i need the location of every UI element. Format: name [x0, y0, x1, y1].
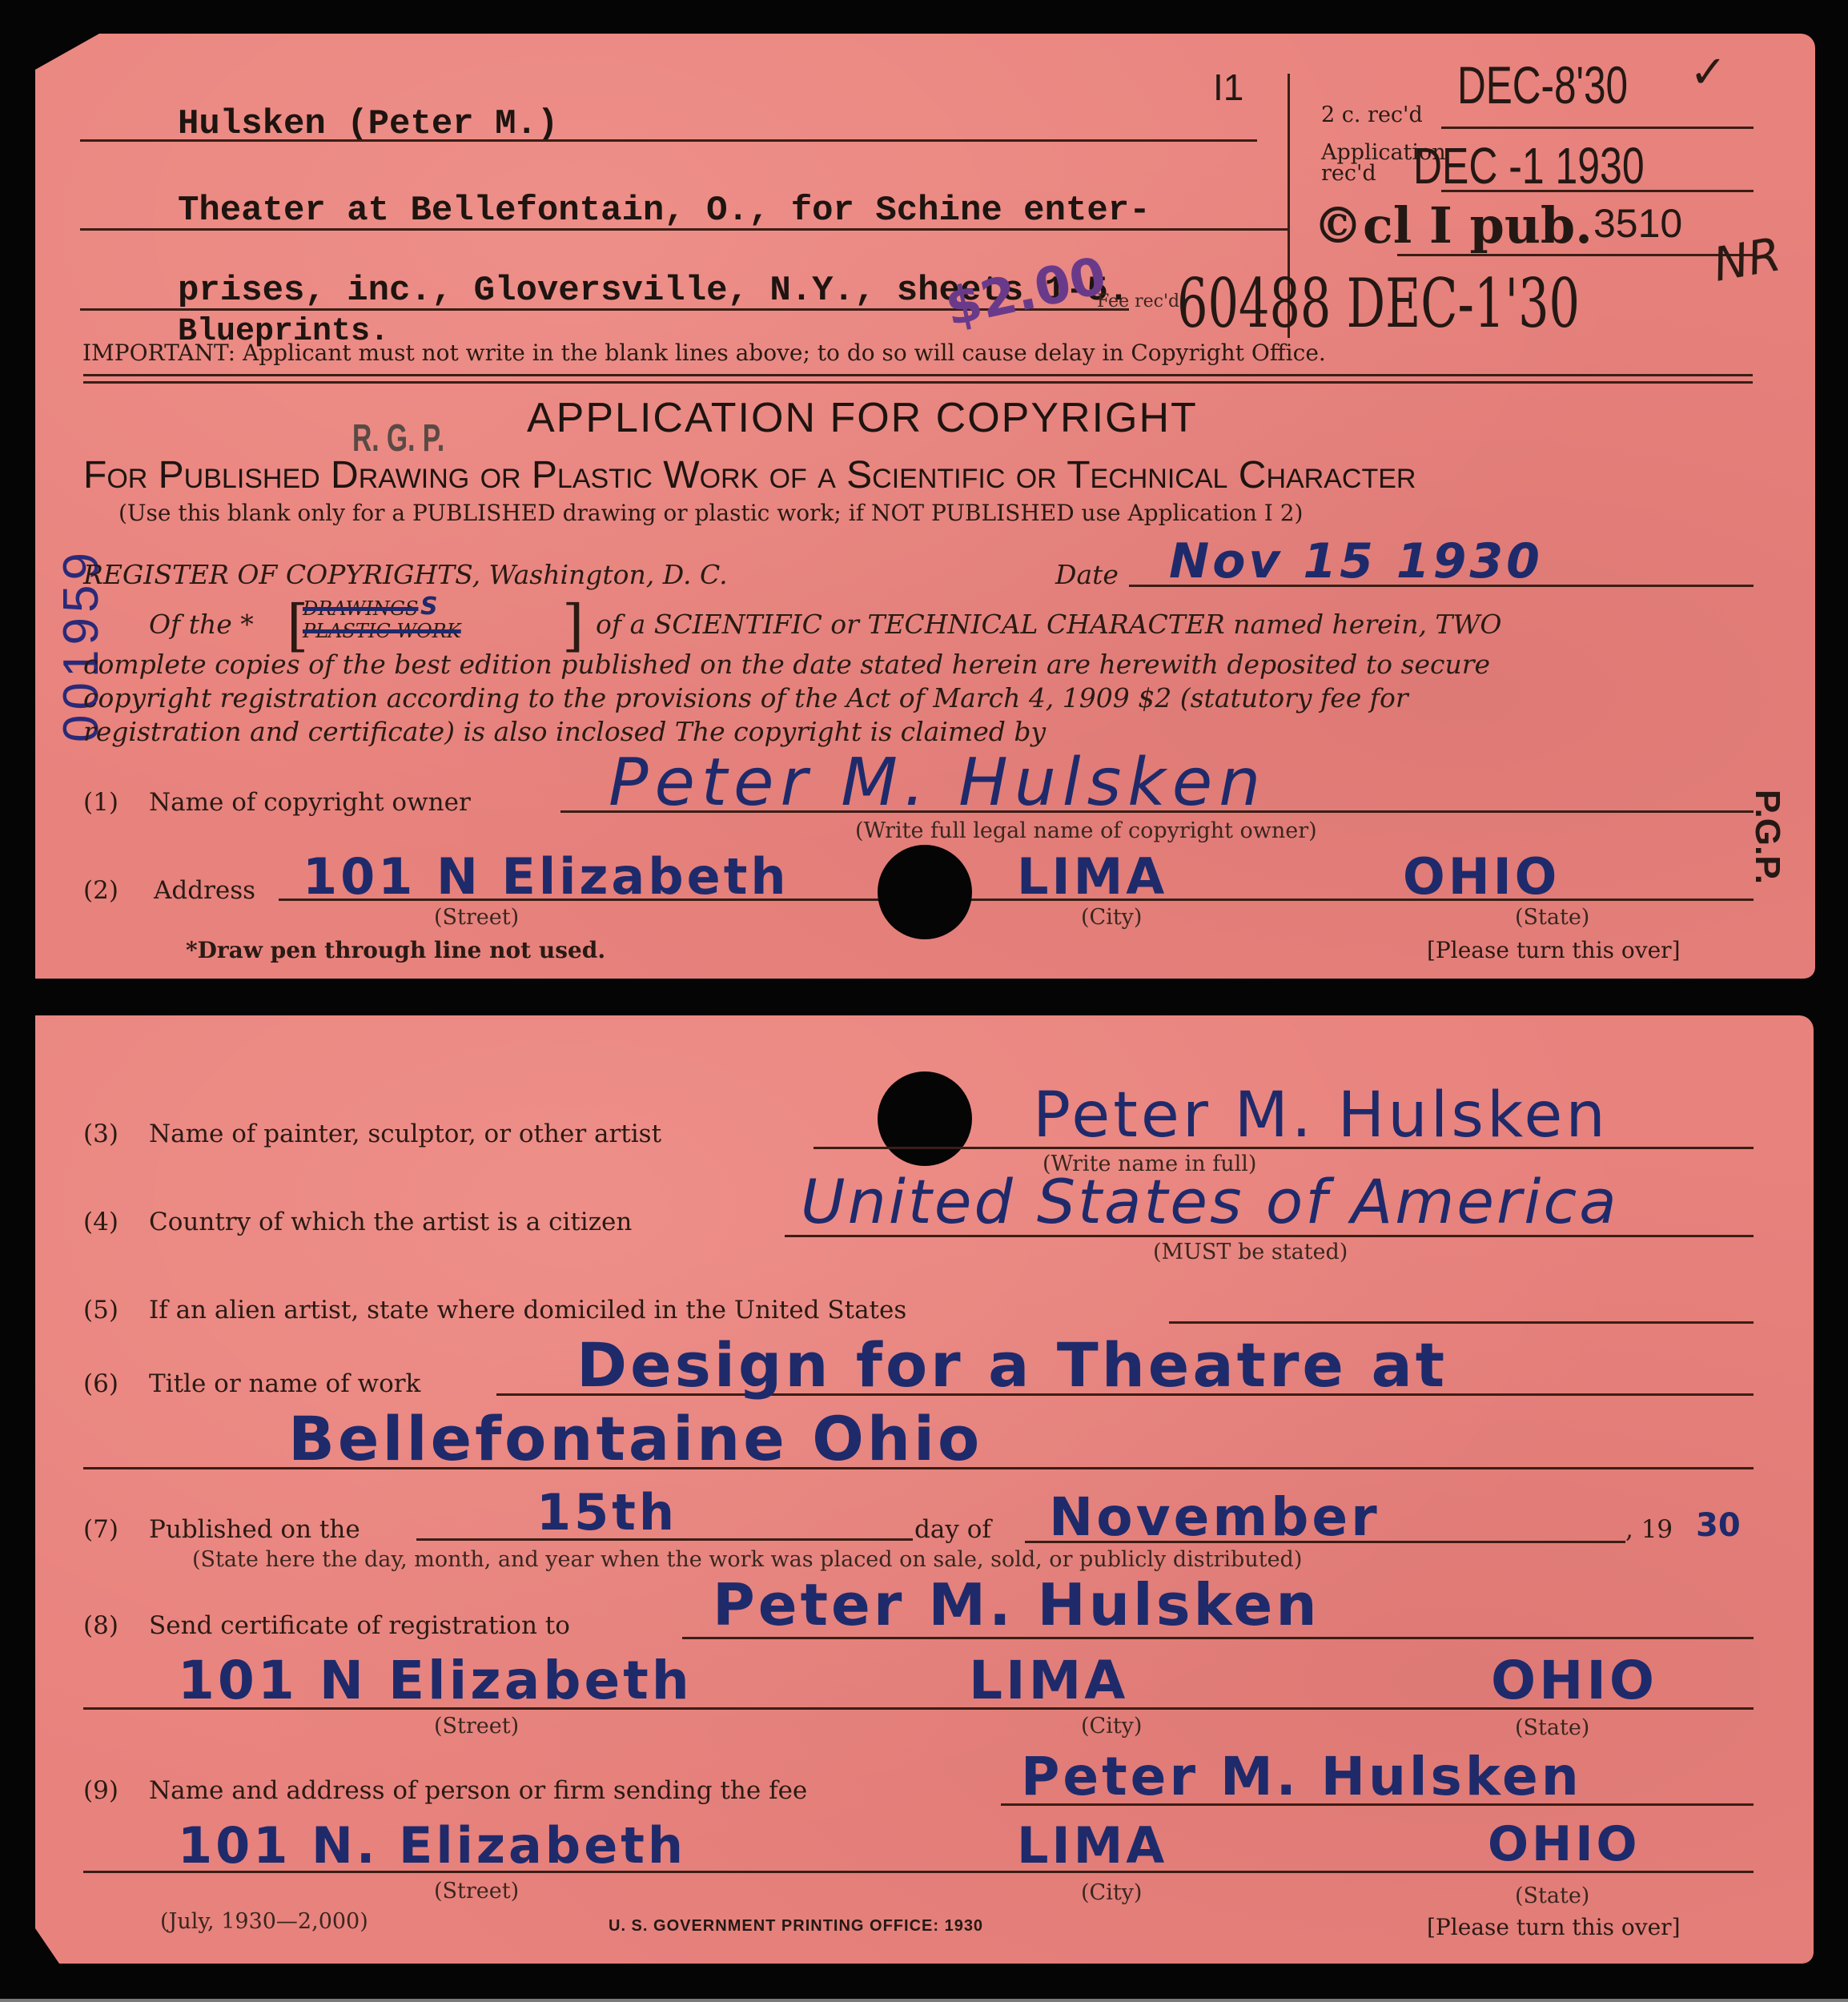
- typed-desc-line1: Theater at Bellefontain, O., for Schine …: [178, 191, 1151, 231]
- field-2-number: (2): [83, 876, 119, 905]
- field-8-number: (8): [83, 1611, 119, 1640]
- typed-name: Hulsken (Peter M.): [178, 104, 558, 144]
- field-9-value[interactable]: Peter M. Hulsken: [1021, 1746, 1582, 1807]
- of-the-label: Of the *: [149, 609, 254, 640]
- field-1-value[interactable]: Peter M. Hulsken: [609, 745, 1267, 821]
- printer-imprint: U. S. GOVERNMENT PRINTING OFFICE: 1930: [609, 1917, 983, 1936]
- field-7-month[interactable]: November: [1049, 1486, 1380, 1548]
- application-stamp: DEC -1 1930: [1413, 136, 1645, 195]
- form-code: I1: [1213, 66, 1243, 109]
- field-2-street[interactable]: 101 N Elizabeth: [303, 847, 789, 906]
- option-plastic-work: PLASTIC WORK: [303, 620, 461, 642]
- punch-hole-top: [878, 845, 972, 939]
- field-8-street-hint: (Street): [434, 1714, 519, 1739]
- field-8-state[interactable]: OHIO: [1491, 1650, 1657, 1711]
- field-8-label: Send certificate of registration to: [149, 1611, 570, 1640]
- field-2-label: Address: [154, 876, 255, 905]
- field-8-city-hint: (City): [1081, 1714, 1142, 1739]
- field-2-city[interactable]: LIMA: [1017, 847, 1167, 906]
- form-subtitle: For Published Drawing or Plastic Work of…: [83, 453, 1416, 497]
- field-3-value[interactable]: Peter M. Hulsken: [1033, 1079, 1609, 1152]
- field-6-value-line2[interactable]: Bellefontaine Ohio: [288, 1403, 982, 1474]
- punch-hole-bottom: [878, 1071, 972, 1166]
- field-9-street-hint: (Street): [434, 1879, 519, 1904]
- field-6-number: (6): [83, 1369, 119, 1398]
- back-turn-over: [Please turn this over]: [1427, 1914, 1681, 1940]
- field-9-number: (9): [83, 1776, 119, 1805]
- field-5-number: (5): [83, 1296, 119, 1325]
- two-copies-stamp: DEC-8'30: [1457, 54, 1628, 115]
- field-8-state-hint: (State): [1515, 1715, 1589, 1740]
- preamble-line2: complete copies of the best edition publ…: [83, 649, 1490, 680]
- entry-stamp: 60488 DEC-1'30: [1177, 264, 1580, 343]
- field-3-label: Name of painter, sculptor, or other arti…: [149, 1120, 661, 1148]
- field-5-label: If an alien artist, state where domicile…: [149, 1296, 906, 1325]
- addressee: REGISTER OF COPYRIGHTS, Washington, D. C…: [83, 559, 728, 590]
- initials-mark: NR: [1709, 227, 1785, 291]
- two-copies-label: 2 c. rec'd: [1321, 103, 1423, 127]
- preamble-line4: registration and certificate) is also in…: [83, 716, 1046, 747]
- class-stamp: ©cl I pub.: [1313, 196, 1593, 255]
- option-drawings: DRAWINGS: [303, 597, 418, 620]
- scan-edge: [0, 1999, 1848, 2002]
- field-7-year-suffix[interactable]: 30: [1696, 1507, 1741, 1544]
- two-copies-rule: [1441, 127, 1754, 129]
- field-3-number: (3): [83, 1120, 119, 1148]
- field-7-day-of: day of: [914, 1515, 991, 1544]
- preamble-line3: copyright registration according to the …: [83, 682, 1408, 714]
- field-1-hint: (Write full legal name of copyright owne…: [855, 818, 1317, 843]
- option-drawings-suffix: S: [420, 593, 438, 621]
- state-hint: (State): [1515, 905, 1589, 930]
- field-4-label: Country of which the artist is a citizen: [149, 1208, 632, 1236]
- form-note: (Use this blank only for a PUBLISHED dra…: [119, 500, 1303, 526]
- field-5-rule[interactable]: [1169, 1321, 1754, 1324]
- field-9-city[interactable]: LIMA: [1017, 1816, 1167, 1875]
- date-label: Date: [1055, 559, 1119, 590]
- field-9-street[interactable]: 101 N. Elizabeth: [178, 1816, 686, 1875]
- preamble-line1: of a SCIENTIFIC or TECHNICAL CHARACTER n…: [596, 609, 1501, 640]
- field-8-value[interactable]: Peter M. Hulsken: [713, 1571, 1320, 1638]
- header-rule-1: [80, 139, 1257, 142]
- class-number: 3510: [1593, 200, 1682, 247]
- field-6-value-line1[interactable]: Design for a Theatre at: [576, 1329, 1448, 1401]
- field-1-number: (1): [83, 788, 119, 817]
- field-9-state-hint: (State): [1515, 1883, 1589, 1908]
- city-hint: (City): [1081, 905, 1142, 930]
- right-side-stamp: P.G.P.: [1747, 790, 1787, 884]
- front-footer-note: *Draw pen through line not used.: [186, 937, 605, 963]
- class-rule: [1397, 254, 1754, 256]
- field-7-day[interactable]: 15th: [536, 1483, 677, 1542]
- field-1-label: Name of copyright owner: [149, 788, 471, 817]
- field-4-value[interactable]: United States of America: [801, 1166, 1619, 1237]
- field-7-number: (7): [83, 1515, 119, 1544]
- header-rule-2: [80, 228, 1289, 231]
- field-7-label: Published on the: [149, 1515, 360, 1544]
- field-9-label: Name and address of person or firm sendi…: [149, 1776, 807, 1805]
- field-8-city[interactable]: LIMA: [969, 1650, 1128, 1711]
- field-2-state[interactable]: OHIO: [1403, 847, 1560, 906]
- field-4-hint: (MUST be stated): [1153, 1240, 1348, 1264]
- field-8-street[interactable]: 101 N Elizabeth: [178, 1650, 693, 1711]
- double-rule-top: [83, 374, 1753, 376]
- field-4-number: (4): [83, 1208, 119, 1236]
- field-7-hint: (State here the day, month, and year whe…: [192, 1547, 1302, 1572]
- double-rule-bottom: [83, 381, 1753, 384]
- edition-note: (July, 1930—2,000): [160, 1909, 368, 1934]
- important-notice: IMPORTANT: Applicant must not write in t…: [82, 340, 1326, 366]
- field-7-year-prefix: , 19: [1625, 1515, 1673, 1544]
- field-9-city-hint: (City): [1081, 1880, 1142, 1905]
- date-value: Nov 15 1930: [1169, 533, 1543, 589]
- field-6-label: Title or name of work: [149, 1369, 420, 1398]
- check-mark-icon: ✓: [1689, 46, 1727, 98]
- street-hint: (Street): [434, 905, 519, 930]
- front-turn-over: [Please turn this over]: [1427, 937, 1681, 963]
- field-9-state[interactable]: OHIO: [1488, 1816, 1641, 1872]
- form-title: APPLICATION FOR COPYRIGHT: [527, 394, 1198, 442]
